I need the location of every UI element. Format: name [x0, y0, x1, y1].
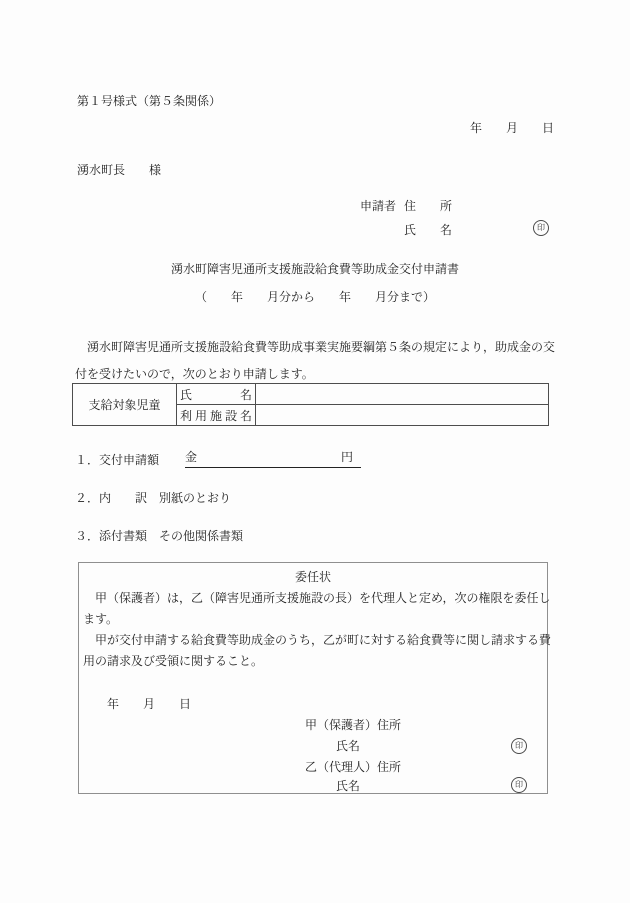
item-3-number: ３．: [75, 528, 99, 544]
applicant-seal-char: 印: [537, 223, 545, 232]
poa-date-blank: 年 月 日: [107, 696, 191, 712]
poa-title: 委任状: [79, 569, 547, 585]
party-a-seal-icon: 印: [511, 738, 527, 754]
item-1-number: １．: [75, 452, 99, 468]
application-form-page: 第１号様式（第５条関係） 年 月 日 湧水町長 様 申請者 住 所 氏 名 印 …: [0, 0, 630, 903]
body-paragraph-line-2: 付を受けたいので，次のとおり申請します。: [75, 366, 314, 382]
party-b-seal-icon: 印: [511, 777, 527, 793]
recipient-row-header: 支給対象児童: [73, 384, 177, 426]
header-date-blank: 年 月 日: [470, 120, 554, 136]
child-name-label: 氏名: [177, 384, 256, 405]
item-breakdown: ２．内 訳 別紙のとおり: [75, 490, 231, 506]
poa-paragraph2-line1: 甲が交付申請する給食費等助成金のうち，乙が町に対する給食費等に関し請求する費: [83, 632, 551, 648]
item-3-label: 添付書類: [99, 528, 147, 544]
amount-prefix: 金: [185, 449, 197, 465]
facility-name-label: 利用施設名: [177, 405, 256, 426]
party-a-seal-char: 印: [515, 741, 523, 750]
applicant-name-label: 氏 名: [404, 222, 452, 238]
applicant-label: 申請者: [360, 198, 396, 214]
item-3-value: その他関係書類: [159, 528, 243, 544]
addressee: 湧水町長 様: [77, 162, 161, 178]
child-name-value: [256, 384, 549, 405]
item-application-amount: １．交付申請額 金 円: [75, 449, 361, 468]
item-1-label: 交付申請額: [99, 452, 159, 468]
applicant-address-label: 住 所: [404, 198, 452, 214]
amount-fill-in-field: 金 円: [185, 449, 361, 468]
table-row: 支給対象児童 氏名: [73, 384, 549, 405]
party-b-address-label: 乙（代理人）住所: [305, 759, 401, 775]
party-a-name-label: 氏名: [336, 738, 360, 754]
form-number: 第１号様式（第５条関係）: [77, 93, 221, 109]
party-b-name-label: 氏名: [336, 778, 360, 794]
poa-paragraph1-line2: ます。: [83, 611, 118, 627]
party-a-address-label: 甲（保護者）住所: [305, 717, 401, 733]
poa-paragraph2-line2: 用の請求及び受領に関すること。: [83, 653, 263, 669]
item-2-number: ２．: [75, 490, 99, 506]
item-2-label: 内 訳: [99, 490, 147, 506]
applicant-seal-icon: 印: [533, 220, 549, 236]
amount-suffix: 円: [341, 449, 353, 465]
item-attachments: ３．添付書類 その他関係書類: [75, 528, 243, 544]
recipient-table: 支給対象児童 氏名 利用施設名: [72, 383, 549, 426]
facility-name-value: [256, 405, 549, 426]
power-of-attorney-box: 委任状 甲（保護者）は，乙（障害児通所支援施設の長）を代理人と定め，次の権限を委…: [78, 562, 548, 794]
party-b-seal-char: 印: [515, 780, 523, 789]
poa-paragraph1-line1: 甲（保護者）は，乙（障害児通所支援施設の長）を代理人と定め，次の権限を委任し: [83, 590, 551, 606]
period-blank-line: （ 年 月分から 年 月分まで）: [0, 289, 630, 305]
item-2-value: 別紙のとおり: [159, 490, 231, 506]
document-title: 湧水町障害児通所支援施設給食費等助成金交付申請書: [0, 261, 630, 277]
body-paragraph-line-1: 湧水町障害児通所支援施設給食費等助成事業実施要綱第５条の規定により，助成金の交: [75, 339, 555, 355]
